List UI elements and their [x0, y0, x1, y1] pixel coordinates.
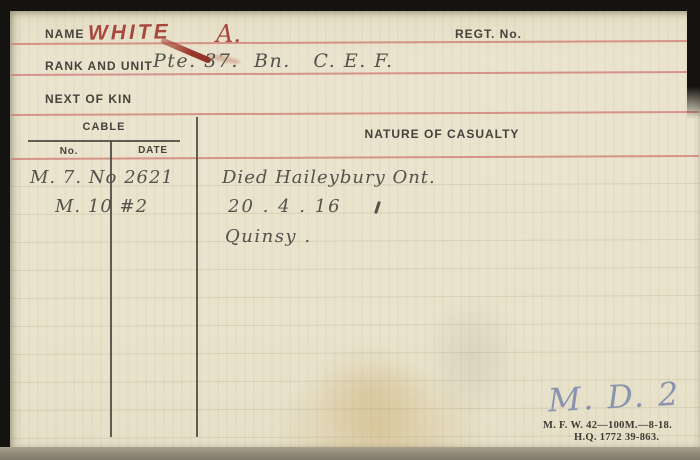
no-column-header: No. [28, 146, 110, 157]
rank-unit-handwriting: Pte. 37. Bn. C. E. F. [153, 50, 394, 72]
regt-no-label: REGT. No. [455, 27, 522, 41]
form-number-line-2: H.Q. 1772 39-863. [574, 432, 659, 443]
name-surname-handwriting: WHITE [88, 20, 171, 45]
next-of-kin-label: NEXT OF KIN [45, 92, 132, 106]
form-number-line-1: M. F. W. 42—100M.—8-18. [543, 420, 672, 431]
casualty-header-label: NATURE OF CASUALTY [196, 127, 688, 141]
name-label: NAME [45, 27, 84, 41]
date-column-header: DATE [110, 145, 196, 156]
cable-header-label: CABLE [28, 121, 180, 133]
casualty-column-divider [196, 117, 198, 437]
rank-unit-label: RANK AND UNIT [45, 59, 153, 73]
casualty-entry-1: Died Haileybury Ont. [222, 167, 436, 188]
scan-edge-bottom [0, 447, 700, 460]
casualty-entry-2: 20 . 4 . 16 [228, 196, 342, 217]
scan-edge-right [687, 11, 700, 119]
cable-entry-1: M. 7. No 2621 [30, 167, 174, 188]
registrar-pencil-mark: M. D. 2 [547, 375, 681, 420]
casualty-entry-3: Quinsy . [225, 226, 312, 247]
scanned-casualty-card: NAME REGT. No. RANK AND UNIT NEXT OF KIN… [0, 0, 700, 460]
name-initial-handwriting: A. [216, 20, 241, 48]
cable-header-underline [28, 140, 180, 142]
cable-entry-2: M. 10 #2 [55, 196, 148, 217]
